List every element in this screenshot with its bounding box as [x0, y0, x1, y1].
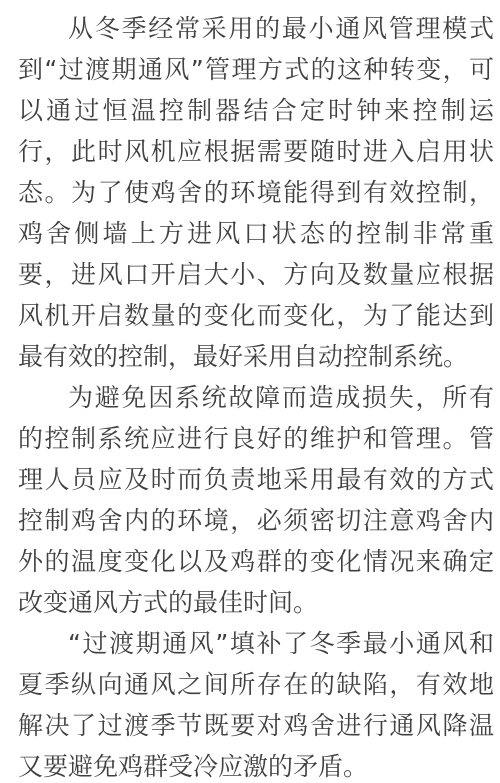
text-line: 从冬季经常采用的最小通风管理模式 [18, 8, 494, 49]
text-line: 最有效的控制，最好采用自动控制系统。 [18, 336, 494, 377]
article-page: 从冬季经常采用的最小通风管理模式 到“过渡期通风”管理方式的这种转变，可 以通过… [0, 0, 500, 783]
text-line: 解决了过渡季节既要对鸡舍进行通风降温 [18, 705, 494, 746]
text-line: 为避免因系统故障而造成损失，所有 [18, 377, 494, 418]
text-line: 到“过渡期通风”管理方式的这种转变，可 [18, 49, 494, 90]
text-line: 夏季纵向通风之间所存在的缺陷，有效地 [18, 664, 494, 705]
text-line: 行，此时风机应根据需要随时进入启用状 [18, 131, 494, 172]
text-line: “过渡期通风”填补了冬季最小通风和 [18, 623, 494, 664]
text-line: 改变通风方式的最佳时间。 [18, 582, 494, 623]
text-line: 以通过恒温控制器结合定时钟来控制运 [18, 90, 494, 131]
text-line: 的控制系统应进行良好的维护和管理。管 [18, 418, 494, 459]
text-line: 控制鸡舍内的环境，必须密切注意鸡舍内 [18, 500, 494, 541]
text-line: 外的温度变化以及鸡群的变化情况来确定 [18, 541, 494, 582]
text-line: 鸡舍侧墙上方进风口状态的控制非常重 [18, 213, 494, 254]
paragraph: 为避免因系统故障而造成损失，所有 的控制系统应进行良好的维护和管理。管 理人员应… [18, 377, 494, 623]
text-line: 风机开启数量的变化而变化，为了能达到 [18, 295, 494, 336]
text-line: 态。为了使鸡舍的环境能得到有效控制， [18, 172, 494, 213]
text-line: 理人员应及时而负责地采用最有效的方式 [18, 459, 494, 500]
paragraph: “过渡期通风”填补了冬季最小通风和 夏季纵向通风之间所存在的缺陷，有效地 解决了… [18, 623, 494, 783]
text-line: 要，进风口开启大小、方向及数量应根据 [18, 254, 494, 295]
text-line: 又要避免鸡群受冷应激的矛盾。 [18, 746, 494, 783]
paragraph: 从冬季经常采用的最小通风管理模式 到“过渡期通风”管理方式的这种转变，可 以通过… [18, 8, 494, 377]
